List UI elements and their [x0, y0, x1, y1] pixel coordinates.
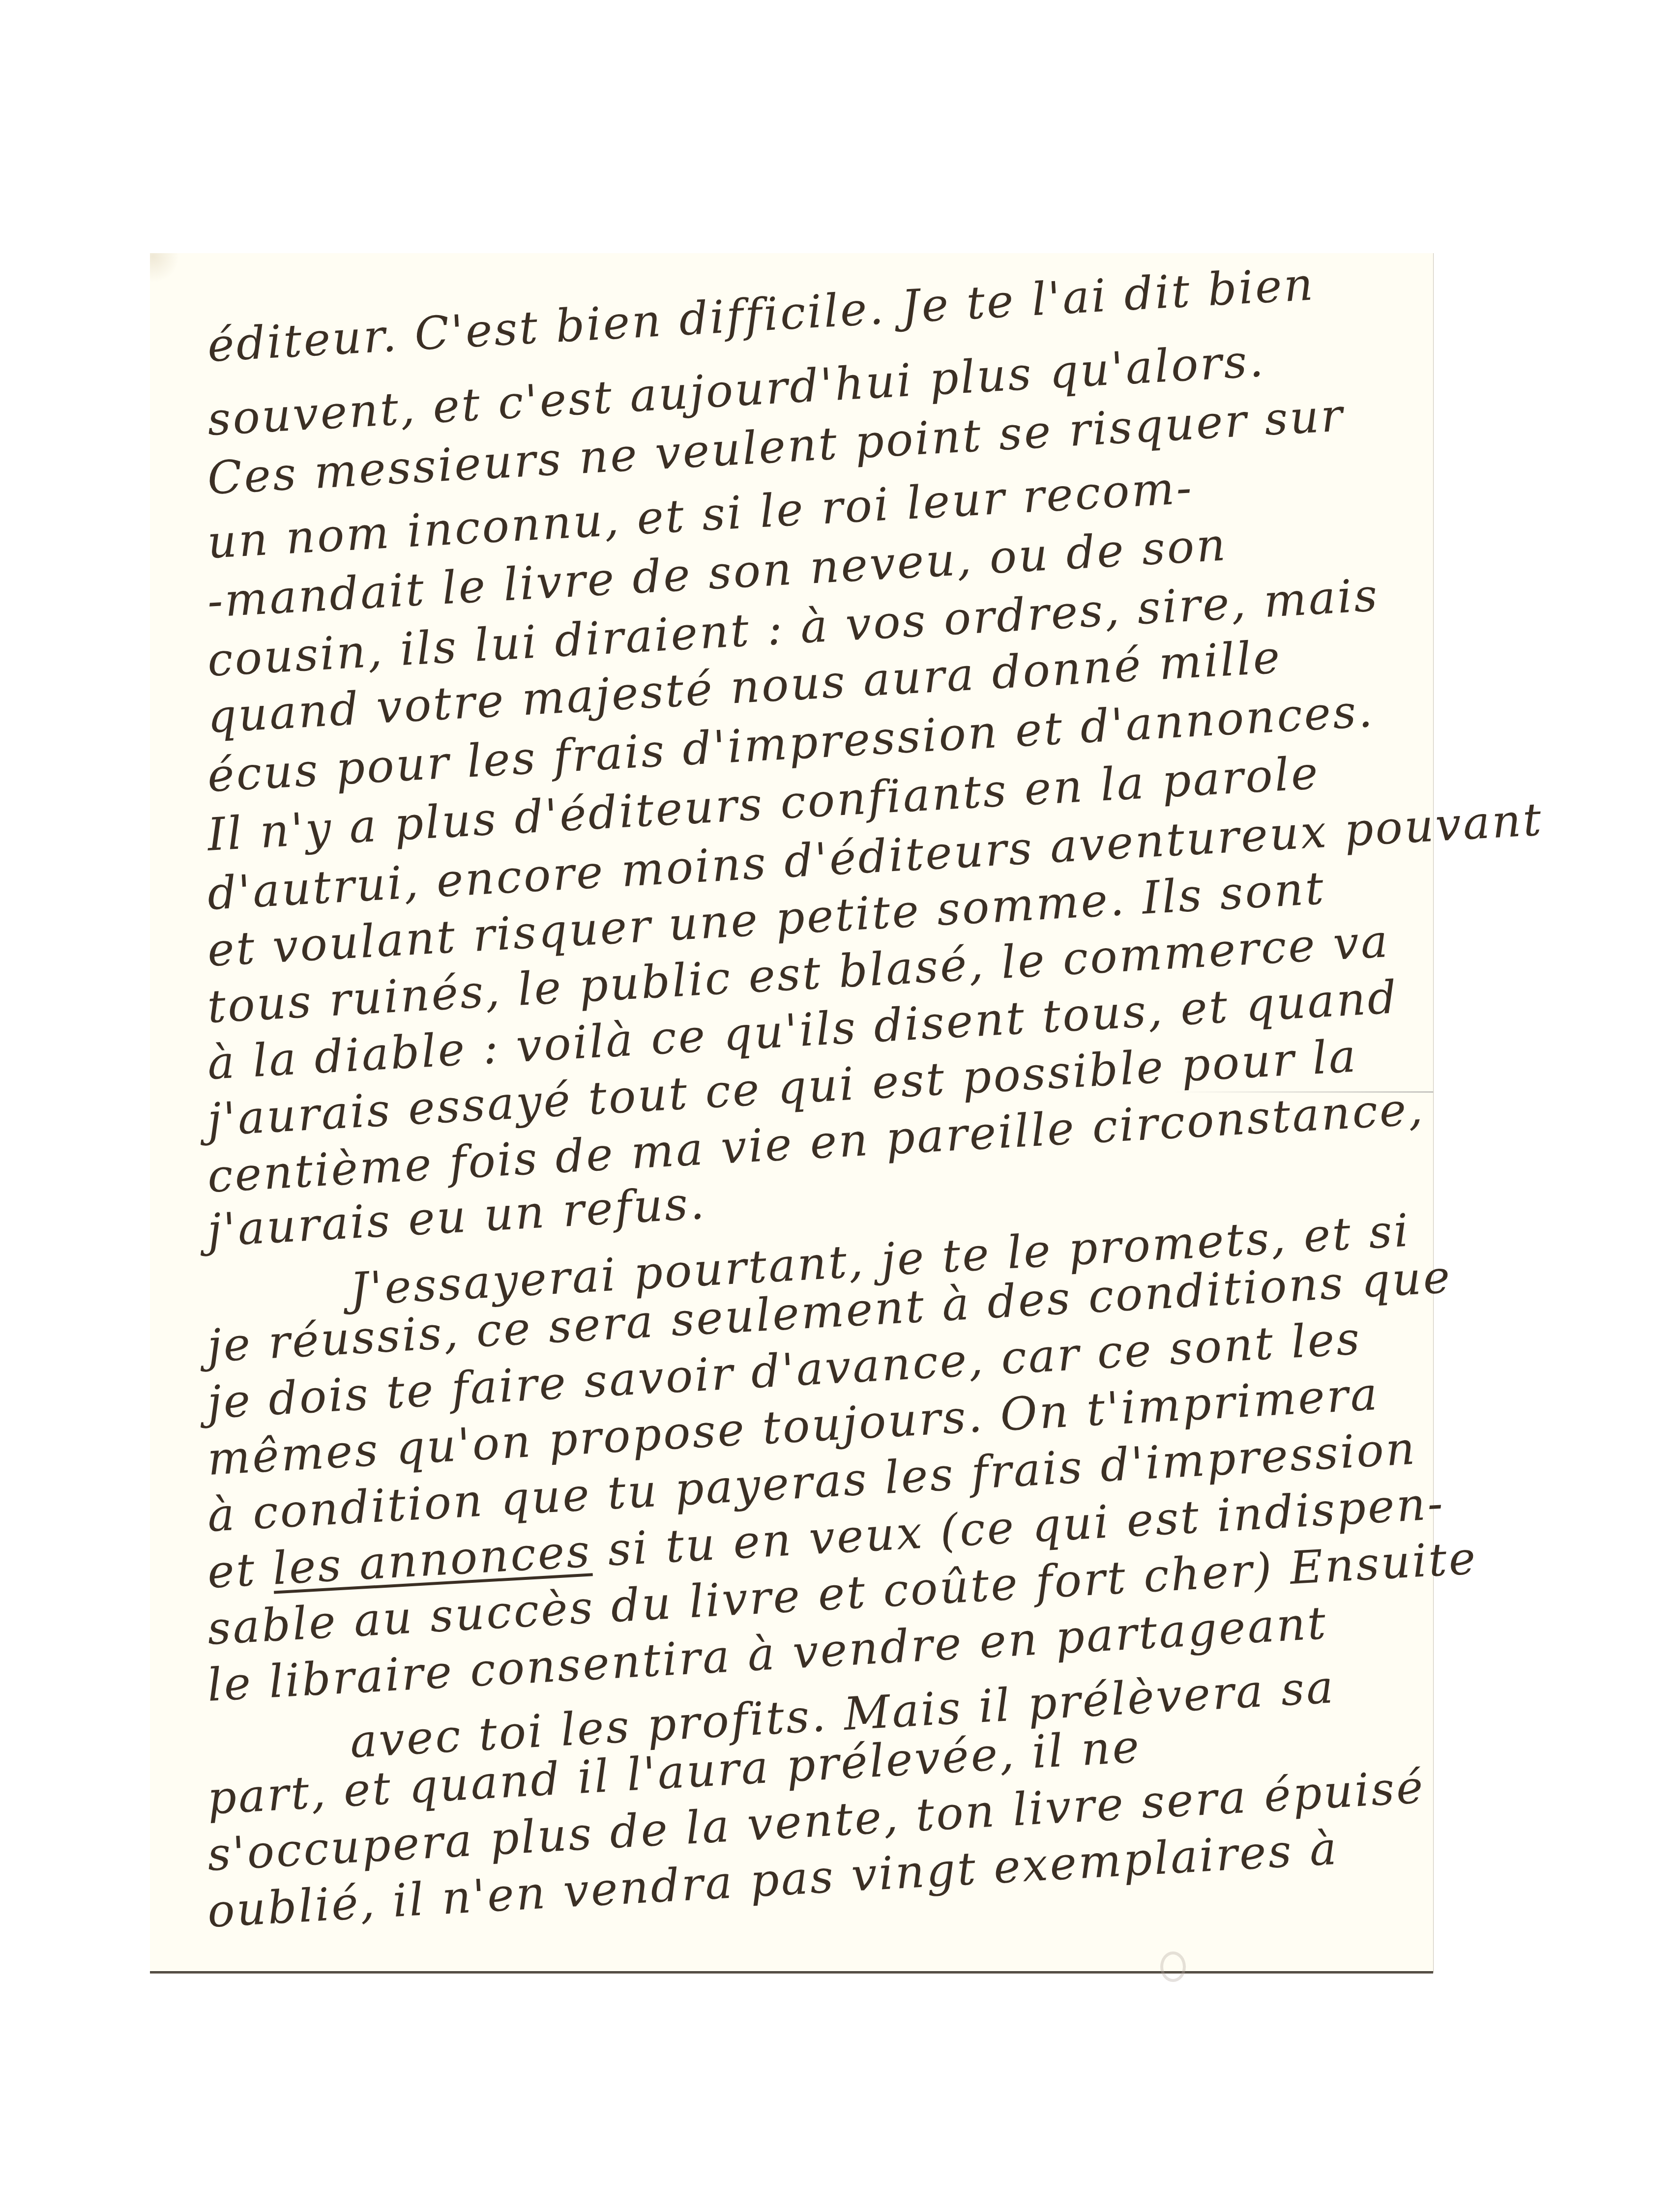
letter-page: éditeur. C'est bien difficile. Je te l'a… [150, 253, 1433, 1973]
handwritten-text-block: éditeur. C'est bien difficile. Je te l'a… [150, 253, 1433, 1971]
